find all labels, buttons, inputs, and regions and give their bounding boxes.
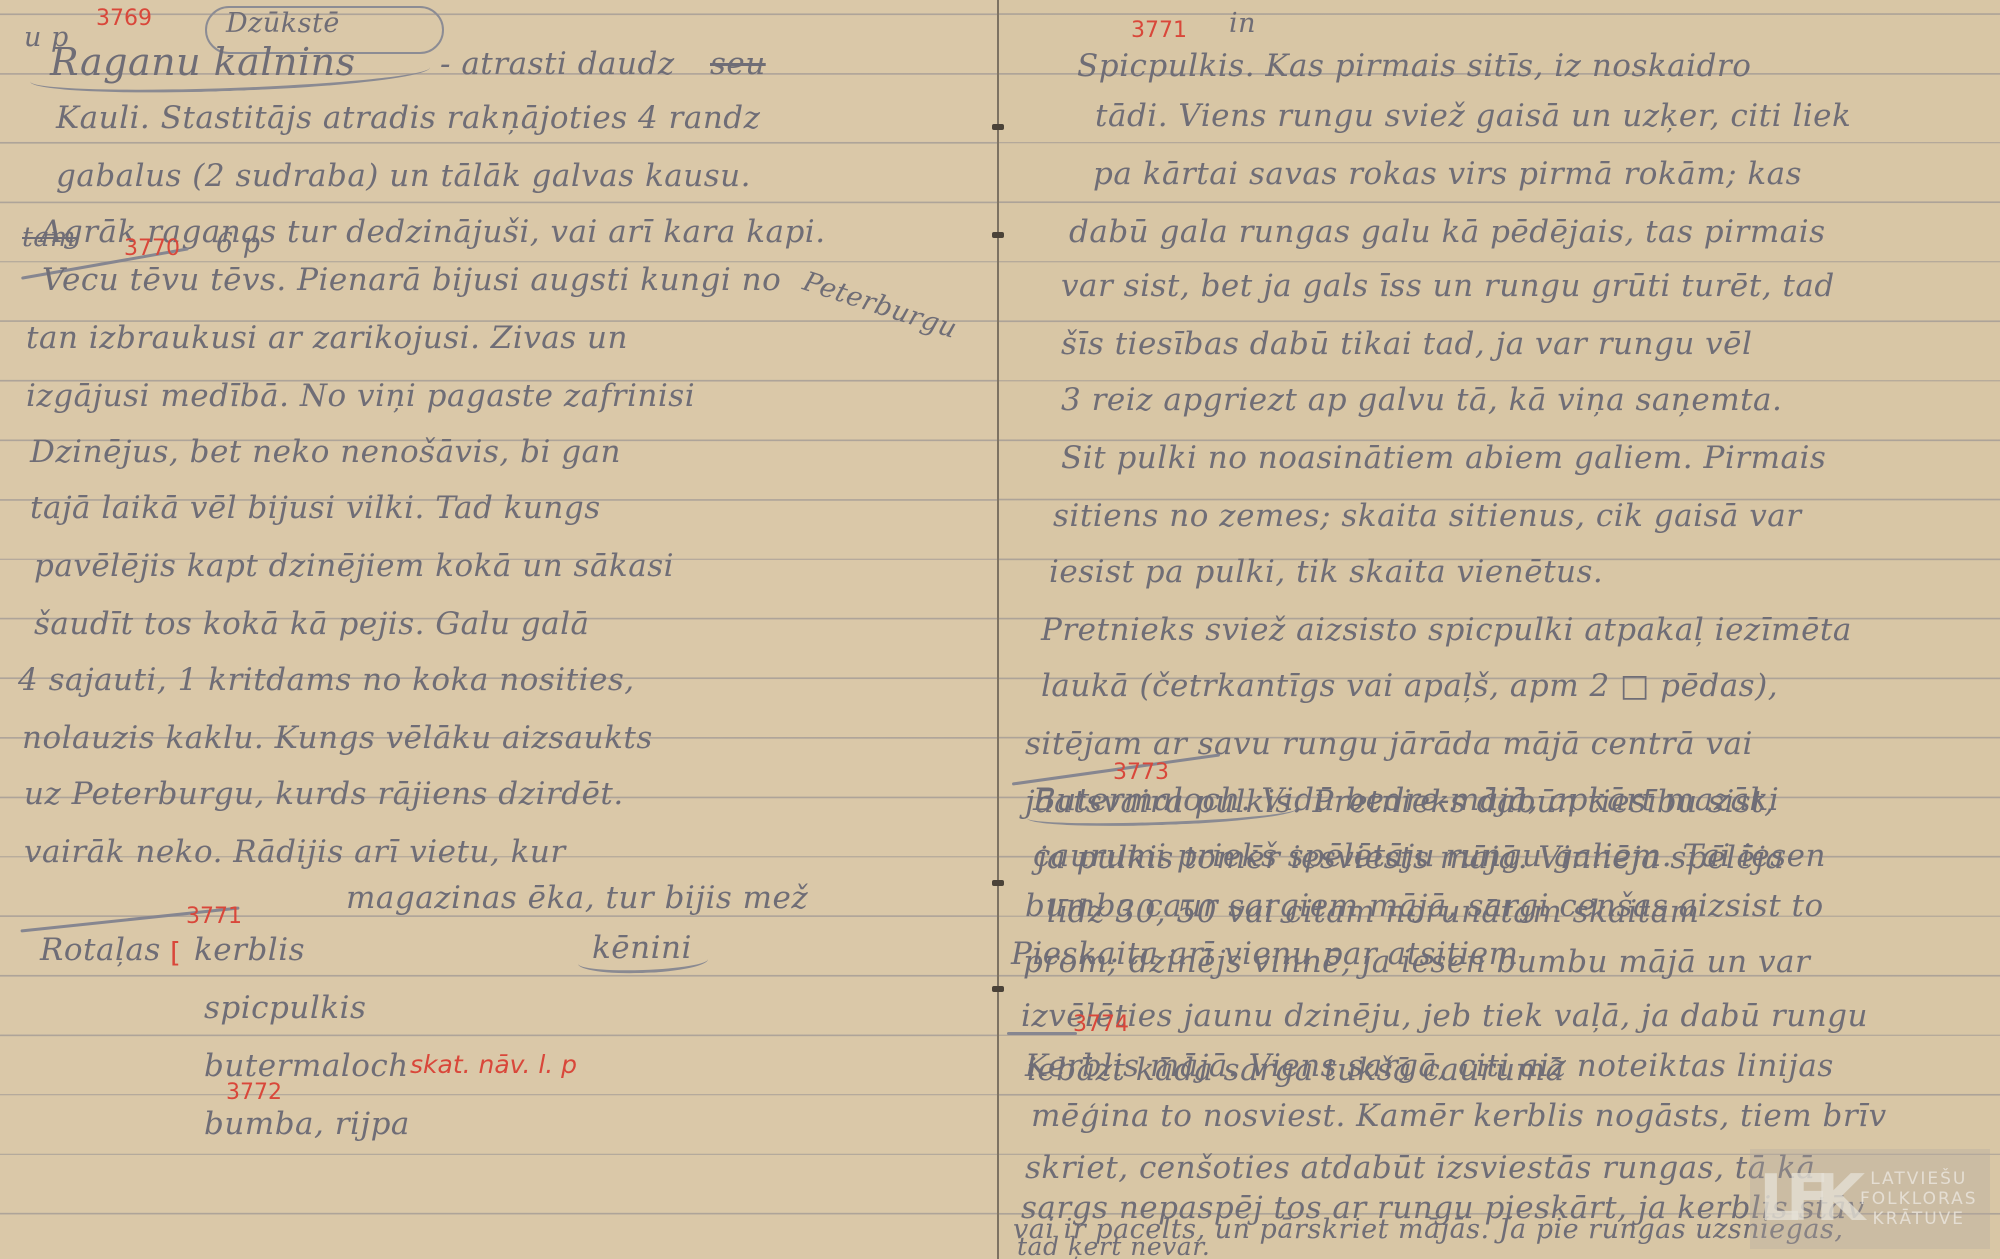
- text-line: dabū gala rungas galu kā pēdējais, tas p…: [1069, 214, 1826, 250]
- text-line: vairāk neko. Rādijis arī vietu, kur: [24, 834, 566, 870]
- right-page: in 3771 Spicpulkis. Kas pirmais sitīs, i…: [997, 0, 2000, 1259]
- text-line: caurumi priekš spēlētāju rungu galiem. T…: [1033, 838, 1826, 874]
- text-line: Pretnieks sviež aizsisto spicpulki atpak…: [1041, 612, 1852, 648]
- text-line: bumba caur sargiem mājā, sargi cenšas ai…: [1025, 888, 1824, 924]
- archive-name-line: LATVIEŠU: [1860, 1169, 1978, 1189]
- entry-number: 3770: [124, 236, 180, 261]
- text-line: nolauzis kaklu. Kungs vēlāku aizsaukts: [22, 720, 653, 756]
- margin-note: Peterburgu: [799, 266, 961, 345]
- text-line: uz Peterburgu, kurds rājiens dzirdēt.: [24, 776, 624, 812]
- archive-name-line: FOLKLORAS: [1860, 1189, 1978, 1209]
- side-mark: 6 p: [216, 228, 261, 259]
- notebook-binding: [997, 0, 999, 1259]
- text-line: Dzinējus, bet neko nenošāvis, bi gan: [30, 434, 621, 470]
- text-line: Kerblis mājā. Viens sargā, citi aiz note…: [1025, 1048, 1834, 1084]
- archive-name: LATVIEŠU FOLKLORAS KRĀTUVE: [1860, 1169, 1978, 1229]
- text-line: pa kārtai savas rokas virs pirmā rokām; …: [1093, 156, 1802, 192]
- archive-name-line: KRĀTUVE: [1860, 1209, 1978, 1229]
- text-line: iesist pa pulki, tik skaita vienētus.: [1049, 554, 1603, 590]
- cross-reference-note: skat. nāv. l. p: [410, 1050, 577, 1079]
- struck-prefix: tam: [22, 222, 76, 253]
- text-line: izgājusi medībā. No viņi pagaste zafrini…: [26, 378, 695, 414]
- staple-icon: [992, 986, 1004, 992]
- archive-logo-icon: LFK: [1750, 1149, 1860, 1249]
- struck-word: seu: [710, 46, 766, 82]
- text-line: skriet, cenšoties atdabūt izsviestās run…: [1025, 1150, 1815, 1186]
- entry-number: 3769: [96, 6, 152, 31]
- list-item: spicpulkis: [204, 990, 366, 1026]
- side-word-underline: [578, 948, 709, 976]
- entry-number: 3774: [1073, 1012, 1129, 1037]
- staple-icon: [992, 880, 1004, 886]
- text-line: 4 sajauti, 1 kritdams no koka nosities,: [18, 662, 635, 698]
- text-line: prom; dzinējs vinnē, ja iesen bumbu mājā…: [1023, 944, 1810, 980]
- separator-stroke: [1007, 1032, 1077, 1035]
- text-line: pavēlējis kapt dzinējiem kokā un sākasi: [34, 548, 674, 584]
- text-line: 3 reiz apgriezt ap galvu tā, kā viņa saņ…: [1061, 382, 1782, 418]
- text-line: gabalus (2 sudraba) un tālāk galvas kaus…: [56, 158, 751, 194]
- bracket-mark: [: [170, 936, 181, 969]
- text-line: var sist, bet ja gals īss un rungu grūti…: [1061, 268, 1835, 304]
- text-line: tan izbraukusi ar zarikojusi. Zivas un: [26, 320, 628, 356]
- text-line: Sit pulki no noasinātiem abiem galiem. P…: [1061, 440, 1826, 476]
- archive-watermark: LFK LATVIEŠU FOLKLORAS KRĀTUVE: [1750, 1149, 1990, 1249]
- text-line: sitiens no zemes; skaita sitienus, cik g…: [1053, 498, 1802, 534]
- entry-number: 3772: [226, 1080, 282, 1105]
- title-annotation: Dzūkstē: [226, 8, 340, 39]
- notebook-spread: u p 3769 Dzūkstē Raganu kalnins - atrast…: [0, 0, 2000, 1259]
- text-line: tādi. Viens rungu sviež gaisā un uzķer, …: [1095, 98, 1851, 134]
- list-heading: Rotaļas: [40, 932, 161, 968]
- staple-icon: [992, 124, 1004, 130]
- text-line: Kauli. Stastitājs atradis rakņājoties 4 …: [56, 100, 761, 136]
- text-line: mēģina to nosviest. Kamēr kerblis nogāst…: [1031, 1098, 1887, 1134]
- text-line: tad ķert nevar.: [1017, 1232, 1210, 1259]
- text-line: šaudīt tos kokā kā pejis. Galu galā: [34, 606, 590, 642]
- entry-number: 3771: [1131, 18, 1187, 43]
- list-item: butermaloch: [204, 1048, 409, 1084]
- top-mark: in: [1229, 8, 1256, 39]
- text-line: magazinas ēka, tur bijis mež: [346, 880, 808, 916]
- text-line: - atrasti daudz: [440, 46, 675, 82]
- text-line: laukā (četrkantīgs vai apaļš, apm 2 □ pē…: [1041, 668, 1778, 704]
- text-line: tajā laikā vēl bijusi vilki. Tad kungs: [30, 490, 601, 526]
- list-item: bumba, rijpa: [204, 1106, 410, 1142]
- text-line: Vecu tēvu tēvs. Pienarā bijusi augsti ku…: [42, 262, 781, 298]
- text-line: šīs tiesības dabū tikai tad, ja var rung…: [1061, 326, 1752, 362]
- left-page: u p 3769 Dzūkstē Raganu kalnins - atrast…: [0, 0, 997, 1259]
- list-item: kerblis: [194, 932, 305, 968]
- text-line: izvēlēties jaunu dzinēju, jeb tiek vaļā,…: [1021, 998, 1868, 1034]
- text-line: sitējam ar savu rungu jārāda mājā centrā…: [1025, 726, 1753, 762]
- entry-number: 3771: [186, 904, 242, 929]
- staple-icon: [992, 232, 1004, 238]
- text-line: Spicpulkis. Kas pirmais sitīs, iz noskai…: [1077, 48, 1751, 84]
